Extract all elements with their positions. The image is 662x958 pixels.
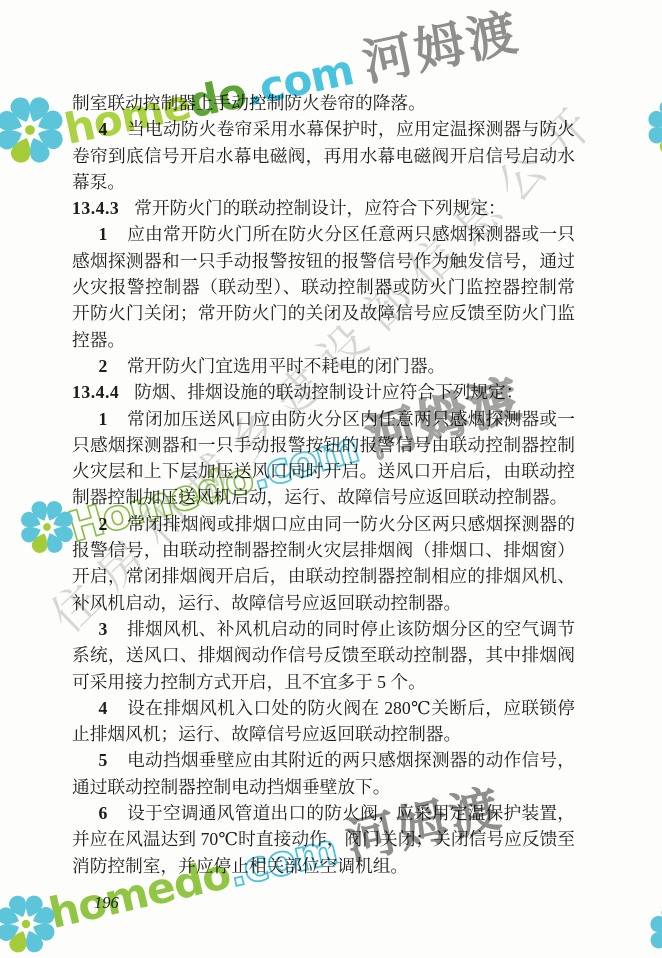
- paragraph: 1常闭加压送风口应由防火分区内任意两只感烟探测器或一只感烟探测器和一只手动报警按…: [72, 406, 575, 511]
- page-number: 196: [94, 893, 119, 913]
- text-column: 制室联动控制器上手动控制防火卷帘的降落。4当电动防火卷帘采用水幕保护时，应用定温…: [72, 90, 575, 879]
- item-number: 2: [99, 514, 108, 534]
- brand-cjk-text: 河姆渡: [358, 3, 526, 93]
- homedo-flower-logo: [643, 94, 662, 160]
- paragraph: 4当电动防火卷帘采用水幕保护时，应用定温探测器与防火卷帘到底信号开启水幕电磁阀，…: [72, 116, 575, 195]
- item-number: 3: [99, 619, 108, 639]
- homedo-flower-logo: [645, 899, 662, 958]
- paragraph: 1应由常开防火门所在防火分区任意两只感烟探测器或一只感烟探测器和一只手动报警按钮…: [72, 221, 575, 352]
- paragraph: 4设在排烟风机入口处的防火阀在 280℃关断后，应联锁停止排烟风机；运行、故障信…: [72, 695, 575, 748]
- paragraph: 2常开防火门宜选用平时不耗电的闭门器。: [72, 353, 575, 379]
- section-heading: 13.4.3常开防火门的联动控制设计，应符合下列规定：: [72, 195, 575, 221]
- clause-number: 13.4.4: [72, 382, 119, 402]
- section-heading: 13.4.4防烟、排烟设施的联动控制设计应符合下列规定：: [72, 379, 575, 405]
- item-number: 4: [99, 119, 108, 139]
- item-number: 4: [99, 698, 108, 718]
- paragraph: 制室联动控制器上手动控制防火卷帘的降落。: [72, 90, 575, 116]
- clause-number: 13.4.3: [72, 198, 119, 218]
- paragraph: 5电动挡烟垂壁应由其附近的两只感烟探测器的动作信号，通过联动控制器控制电动挡烟垂…: [72, 747, 575, 800]
- item-number: 5: [99, 750, 108, 770]
- homedo-flower-logo: [0, 91, 69, 169]
- paragraph: 2常闭排烟阀或排烟口应由同一防火分区两只感烟探测器的报警信号，由联动控制器控制火…: [72, 511, 575, 616]
- paragraph: 6设于空调通风管道出口的防火阀，应采用定温保护装置，并应在风温达到 70℃时直接…: [72, 800, 575, 879]
- item-number: 1: [99, 409, 108, 429]
- scanned-document-page: 制室联动控制器上手动控制防火卷帘的降落。4当电动防火卷帘采用水幕保护时，应用定温…: [0, 0, 662, 958]
- item-number: 6: [99, 803, 108, 823]
- homedo-flower-logo: [16, 496, 78, 558]
- homedo-flower-logo: [0, 890, 60, 958]
- item-number: 2: [99, 356, 108, 376]
- paragraph: 3排烟风机、补风机启动的同时停止该防烟分区的空气调节系统，送风口、排烟阀动作信号…: [72, 616, 575, 695]
- item-number: 1: [99, 224, 108, 244]
